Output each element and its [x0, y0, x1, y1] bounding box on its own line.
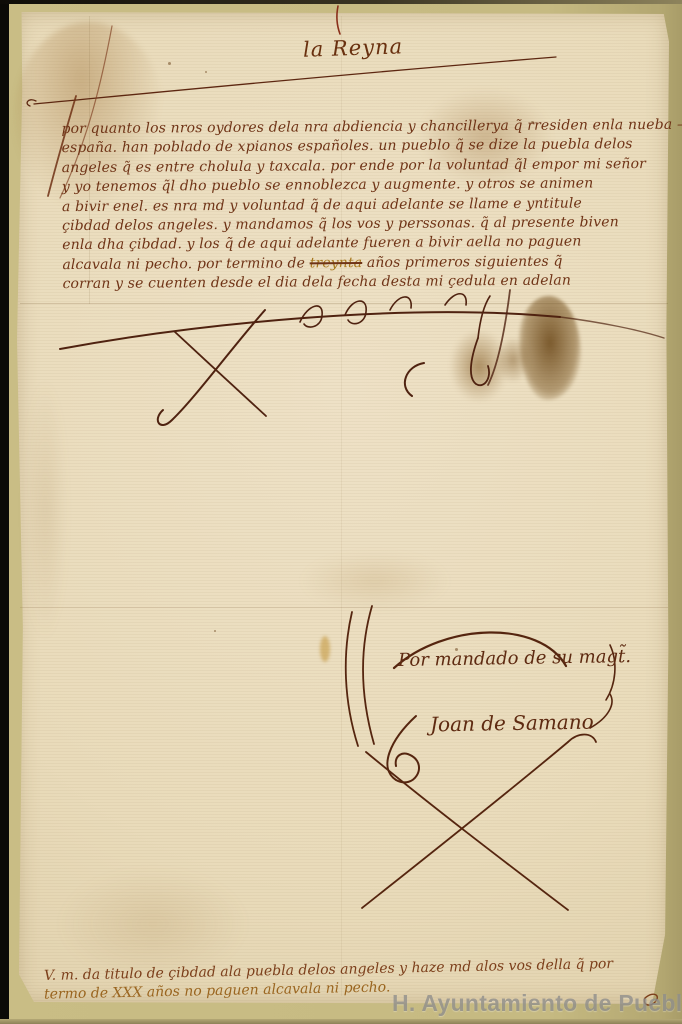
countersign-secretary-name: Joan de Samano — [430, 710, 594, 737]
term-line-after: años primeros siguientes q̃ — [362, 253, 562, 270]
archive-watermark: H. Ayuntamiento de Puebla — [392, 990, 682, 1017]
scan-edge-left — [0, 0, 9, 1024]
scan-edge-bottom — [0, 1019, 682, 1024]
countersign-by-order: Por mandado de su magt̃. — [398, 646, 631, 671]
term-line-struck-word: treynta — [310, 255, 363, 271]
body-text-block: por quanto los nros oydores dela nra abd… — [61, 116, 664, 295]
term-line-before: alcavala ni pecho. por termino de — [62, 255, 309, 273]
scan-edge-top — [0, 0, 682, 4]
document-scan: la Reyna por quanto los nros oydores del… — [0, 0, 682, 1024]
heading-la-reyna: la Reyna — [303, 34, 404, 61]
